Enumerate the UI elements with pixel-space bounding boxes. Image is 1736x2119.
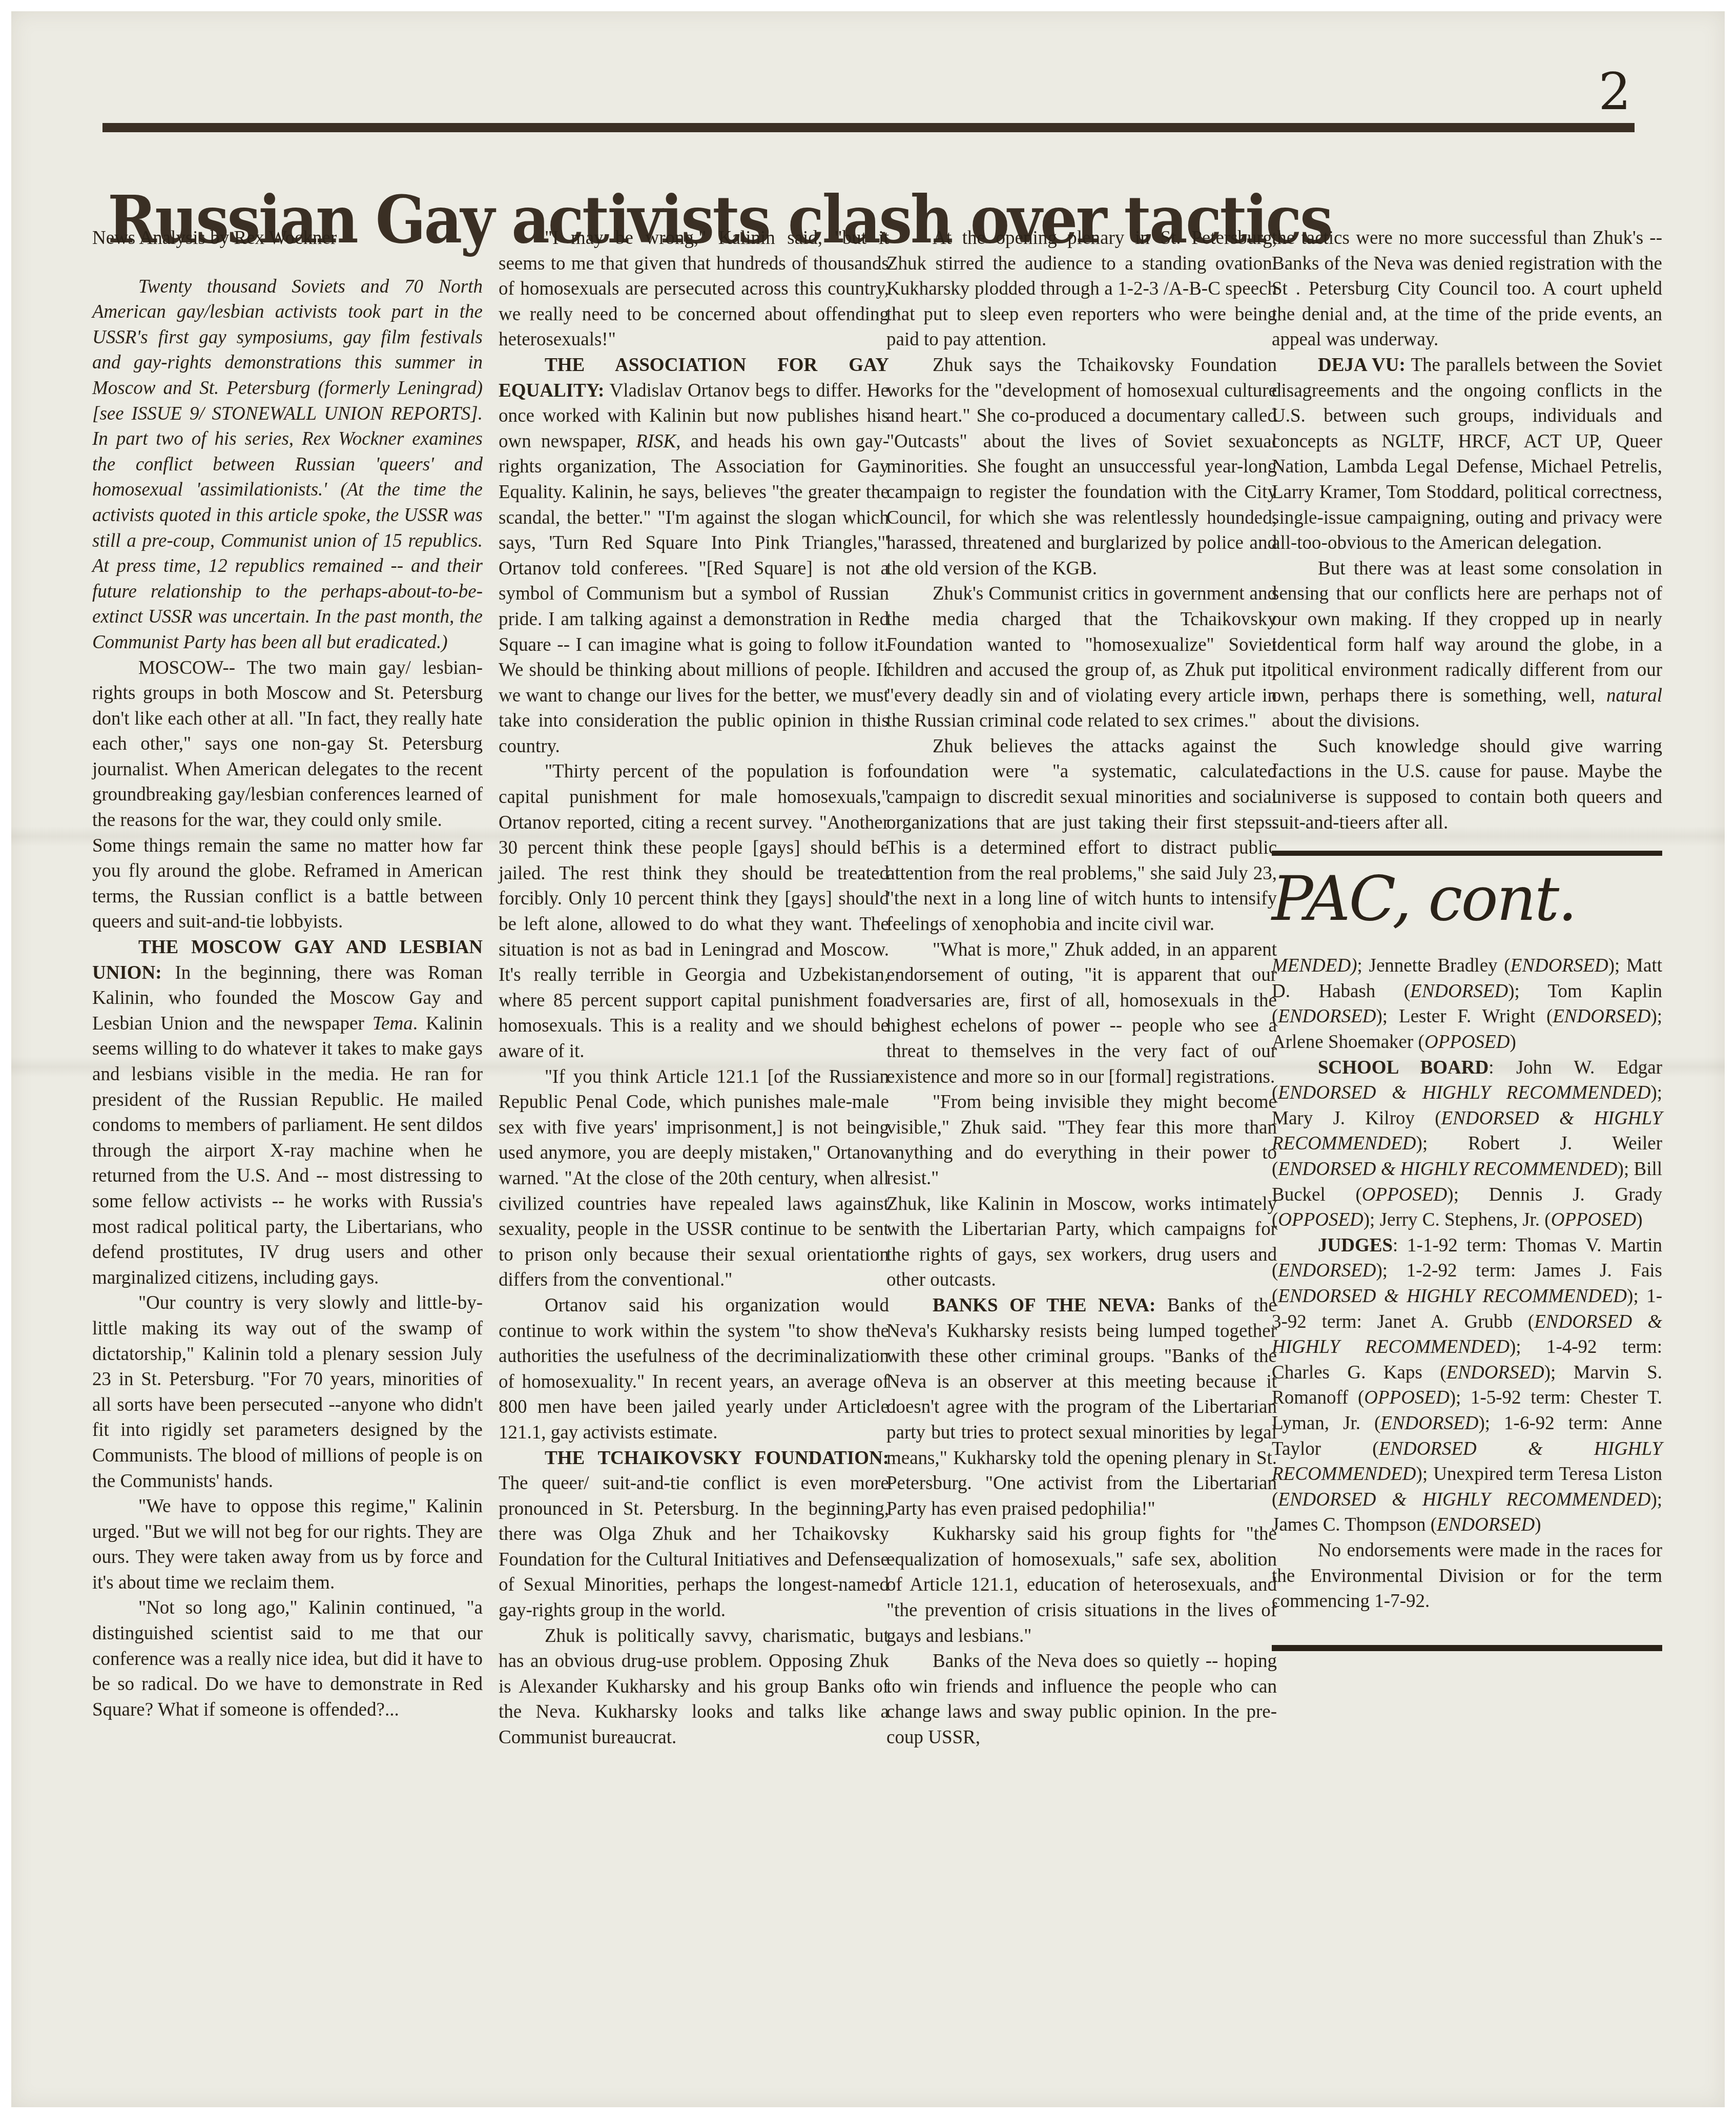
text-run: "What is more," Zhuk added, in an appare… — [886, 939, 1277, 1087]
article-column-1: News Analysis by Rex Wockner Twenty thou… — [92, 225, 483, 1722]
pac-section-title: PAC, cont. — [1272, 861, 1662, 938]
page-number: 2 — [1598, 61, 1631, 121]
text-run: Zhuk believes the attacks against the fo… — [886, 736, 1277, 935]
paragraph: Zhuk's Communist critics in government a… — [886, 581, 1277, 734]
paragraph: Zhuk believes the attacks against the fo… — [886, 734, 1277, 937]
paragraph: "If you think Article 121.1 [of the Russ… — [499, 1064, 889, 1293]
text-run: Banks of the Neva's Kukharsky resists be… — [886, 1295, 1277, 1519]
text-run: The queer/ suit-and-tie conflict is even… — [499, 1473, 889, 1621]
paragraph: THE ASSOCIATION FOR GAY EQUALITY: Vladis… — [499, 353, 889, 759]
emphasis-text: OPPOSED — [1278, 1209, 1363, 1230]
paragraph: BANKS OF THE NEVA: Banks of the Neva's K… — [886, 1293, 1277, 1521]
text-run: At the opening plenary in St. Petersburg… — [886, 228, 1277, 350]
text-run: "Thirty percent of the population is for… — [499, 761, 889, 1062]
paragraph: Zhuk is politically savvy, charismatic, … — [499, 1623, 889, 1751]
text-run: , and heads his own gay-rights organizat… — [499, 431, 889, 757]
paragraph: JUDGES: 1-1-92 term: Thomas V. Martin (E… — [1272, 1233, 1662, 1538]
emphasis-text: OPPOSED — [1364, 1387, 1449, 1408]
text-run: "We have to oppose this regime," Kalinin… — [92, 1496, 483, 1593]
emphasis-text: ENDORSED — [1380, 1413, 1478, 1434]
paragraph: the tactics were no more successful than… — [1272, 225, 1662, 353]
text-run: Banks of the Neva does so quietly -- hop… — [886, 1651, 1277, 1748]
text-run: Zhuk is politically savvy, charismatic, … — [499, 1626, 889, 1748]
text-run: about the divisions. — [1272, 710, 1420, 731]
text-run: "I may be wrong," Kalinin said, "but it … — [499, 228, 889, 350]
emphasis-text: ENDORSED — [1511, 955, 1608, 976]
emphasis-text: ENDORSED — [1278, 1006, 1376, 1027]
section-subhead: THE TCHAIKOVSKY FOUNDATION: — [545, 1448, 889, 1469]
text-run: "Not so long ago," Kalinin continued, "a… — [92, 1597, 483, 1720]
emphasis-text: OPPOSED — [1362, 1184, 1447, 1205]
text-run: ); Lester F. Wright ( — [1376, 1006, 1553, 1027]
paragraph: "Not so long ago," Kalinin continued, "a… — [92, 1595, 483, 1722]
section-subhead: BANKS OF THE NEVA: — [933, 1295, 1155, 1316]
byline: News Analysis by Rex Wockner — [92, 225, 483, 251]
emphasis-text: natural — [1606, 685, 1662, 706]
paragraph: No endorsements were made in the races f… — [1272, 1538, 1662, 1614]
emphasis-text: ENDORSED — [1446, 1362, 1544, 1383]
paragraph: MENDED); Jennette Bradley (ENDORSED); Ma… — [1272, 953, 1662, 1055]
text-run: Zhuk's Communist critics in government a… — [886, 583, 1277, 731]
text-run: the tactics were no more successful than… — [1272, 228, 1662, 350]
text-run: "From being invisible they might become … — [886, 1092, 1277, 1189]
paragraph: Ortanov said his organization would cont… — [499, 1293, 889, 1446]
emphasis-text: ENDORSED & HIGHLY RECOMMENDED — [1278, 1159, 1617, 1180]
text-run: ) — [1510, 1032, 1516, 1053]
emphasis-text: ENDORSED & HIGHLY RECOMMENDED — [1278, 1082, 1650, 1103]
emphasis-text: Tema — [373, 1013, 413, 1034]
paragraph: "We have to oppose this regime," Kalinin… — [92, 1494, 483, 1595]
text-run: ); Jerry C. Stephens, Jr. ( — [1363, 1209, 1551, 1230]
text-run: ) — [1535, 1514, 1541, 1535]
text-run: MOSCOW-- The two main gay/ lesbian-right… — [92, 657, 483, 831]
paragraph: "I may be wrong," Kalinin said, "but it … — [499, 225, 889, 353]
text-run: . Kalinin seems willing to do whatever i… — [92, 1013, 483, 1288]
text-run: Kukharsky said his group fights for "the… — [886, 1524, 1277, 1646]
section-subhead: DEJA VU: — [1318, 355, 1406, 376]
emphasis-text: ENDORSED — [1437, 1514, 1535, 1535]
text-run: Zhuk says the Tchaikovsky Foundation wor… — [886, 355, 1277, 579]
article-column-2: "I may be wrong," Kalinin said, "but it … — [499, 225, 889, 1751]
paragraph: Zhuk says the Tchaikovsky Foundation wor… — [886, 353, 1277, 581]
text-run: Such knowledge should give warring facti… — [1272, 736, 1662, 833]
paragraph: "Thirty percent of the population is for… — [499, 759, 889, 1064]
emphasis-text: ENDORSED — [1278, 1260, 1376, 1281]
section-subhead: SCHOOL BOARD — [1318, 1057, 1489, 1078]
section-end-rule — [1272, 1645, 1662, 1651]
paragraph: At the opening plenary in St. Petersburg… — [886, 225, 1277, 353]
paragraph: "Our country is very slowly and little-b… — [92, 1290, 483, 1494]
paragraph: Some things remain the same no matter ho… — [92, 833, 483, 935]
paragraph: Twenty thousand Soviets and 70 North Ame… — [92, 274, 483, 655]
emphasis-text: MENDED) — [1272, 955, 1357, 976]
column-body: Twenty thousand Soviets and 70 North Ame… — [92, 274, 483, 1723]
emphasis-text: ENDORSED & HIGHLY RECOMMENDED — [1278, 1489, 1650, 1510]
text-run: Some things remain the same no matter ho… — [92, 835, 483, 933]
column-body: "I may be wrong," Kalinin said, "but it … — [499, 225, 889, 1751]
paragraph: "What is more," Zhuk added, in an appare… — [886, 937, 1277, 1090]
text-run: The parallels between the Soviet disagre… — [1272, 355, 1662, 553]
section-subhead: JUDGES — [1318, 1235, 1393, 1256]
text-run: "If you think Article 121.1 [of the Russ… — [499, 1066, 889, 1291]
text-run: But there was at least some consolation … — [1272, 558, 1662, 706]
emphasis-text: OPPOSED — [1424, 1032, 1510, 1053]
section-divider-rule — [1272, 851, 1662, 856]
header-rule — [102, 123, 1635, 132]
text-run: ) — [1636, 1209, 1642, 1230]
emphasis-text: ENDORSED — [1553, 1006, 1650, 1027]
column-body: the tactics were no more successful than… — [1272, 225, 1662, 835]
paragraph: THE MOSCOW GAY AND LESBIAN UNION: In the… — [92, 935, 483, 1290]
emphasis-text: ENDORSED — [1410, 981, 1508, 1002]
paragraph: Banks of the Neva does so quietly -- hop… — [886, 1649, 1277, 1750]
article-column-4: the tactics were no more successful than… — [1272, 225, 1662, 1651]
text-run: Zhuk, like Kalinin in Moscow, works inti… — [886, 1194, 1277, 1291]
text-run: Ortanov said his organization would cont… — [499, 1295, 889, 1443]
emphasis-text: RISK — [636, 431, 676, 452]
paragraph: Such knowledge should give warring facti… — [1272, 734, 1662, 835]
paragraph: Zhuk, like Kalinin in Moscow, works inti… — [886, 1191, 1277, 1293]
text-run: "Our country is very slowly and little-b… — [92, 1292, 483, 1491]
text-run: Twenty thousand Soviets and 70 North Ame… — [92, 276, 483, 653]
article-column-3: At the opening plenary in St. Petersburg… — [886, 225, 1277, 1751]
emphasis-text: ENDORSED & HIGHLY RECOMMENDED — [1278, 1286, 1627, 1307]
paragraph: But there was at least some consolation … — [1272, 556, 1662, 734]
paragraph: DEJA VU: The parallels between the Sovie… — [1272, 353, 1662, 556]
pac-endorsements-body: MENDED); Jennette Bradley (ENDORSED); Ma… — [1272, 953, 1662, 1614]
text-run: No endorsements were made in the races f… — [1272, 1540, 1662, 1612]
paragraph: THE TCHAIKOVSKY FOUNDATION: The queer/ s… — [499, 1446, 889, 1623]
paragraph: SCHOOL BOARD: John W. Edgar (ENDORSED & … — [1272, 1055, 1662, 1233]
paragraph: MOSCOW-- The two main gay/ lesbian-right… — [92, 655, 483, 833]
paragraph: Kukharsky said his group fights for "the… — [886, 1521, 1277, 1649]
paragraph: "From being invisible they might become … — [886, 1089, 1277, 1191]
column-body: At the opening plenary in St. Petersburg… — [886, 225, 1277, 1751]
emphasis-text: OPPOSED — [1551, 1209, 1636, 1230]
text-run: ; Jennette Bradley ( — [1357, 955, 1510, 976]
